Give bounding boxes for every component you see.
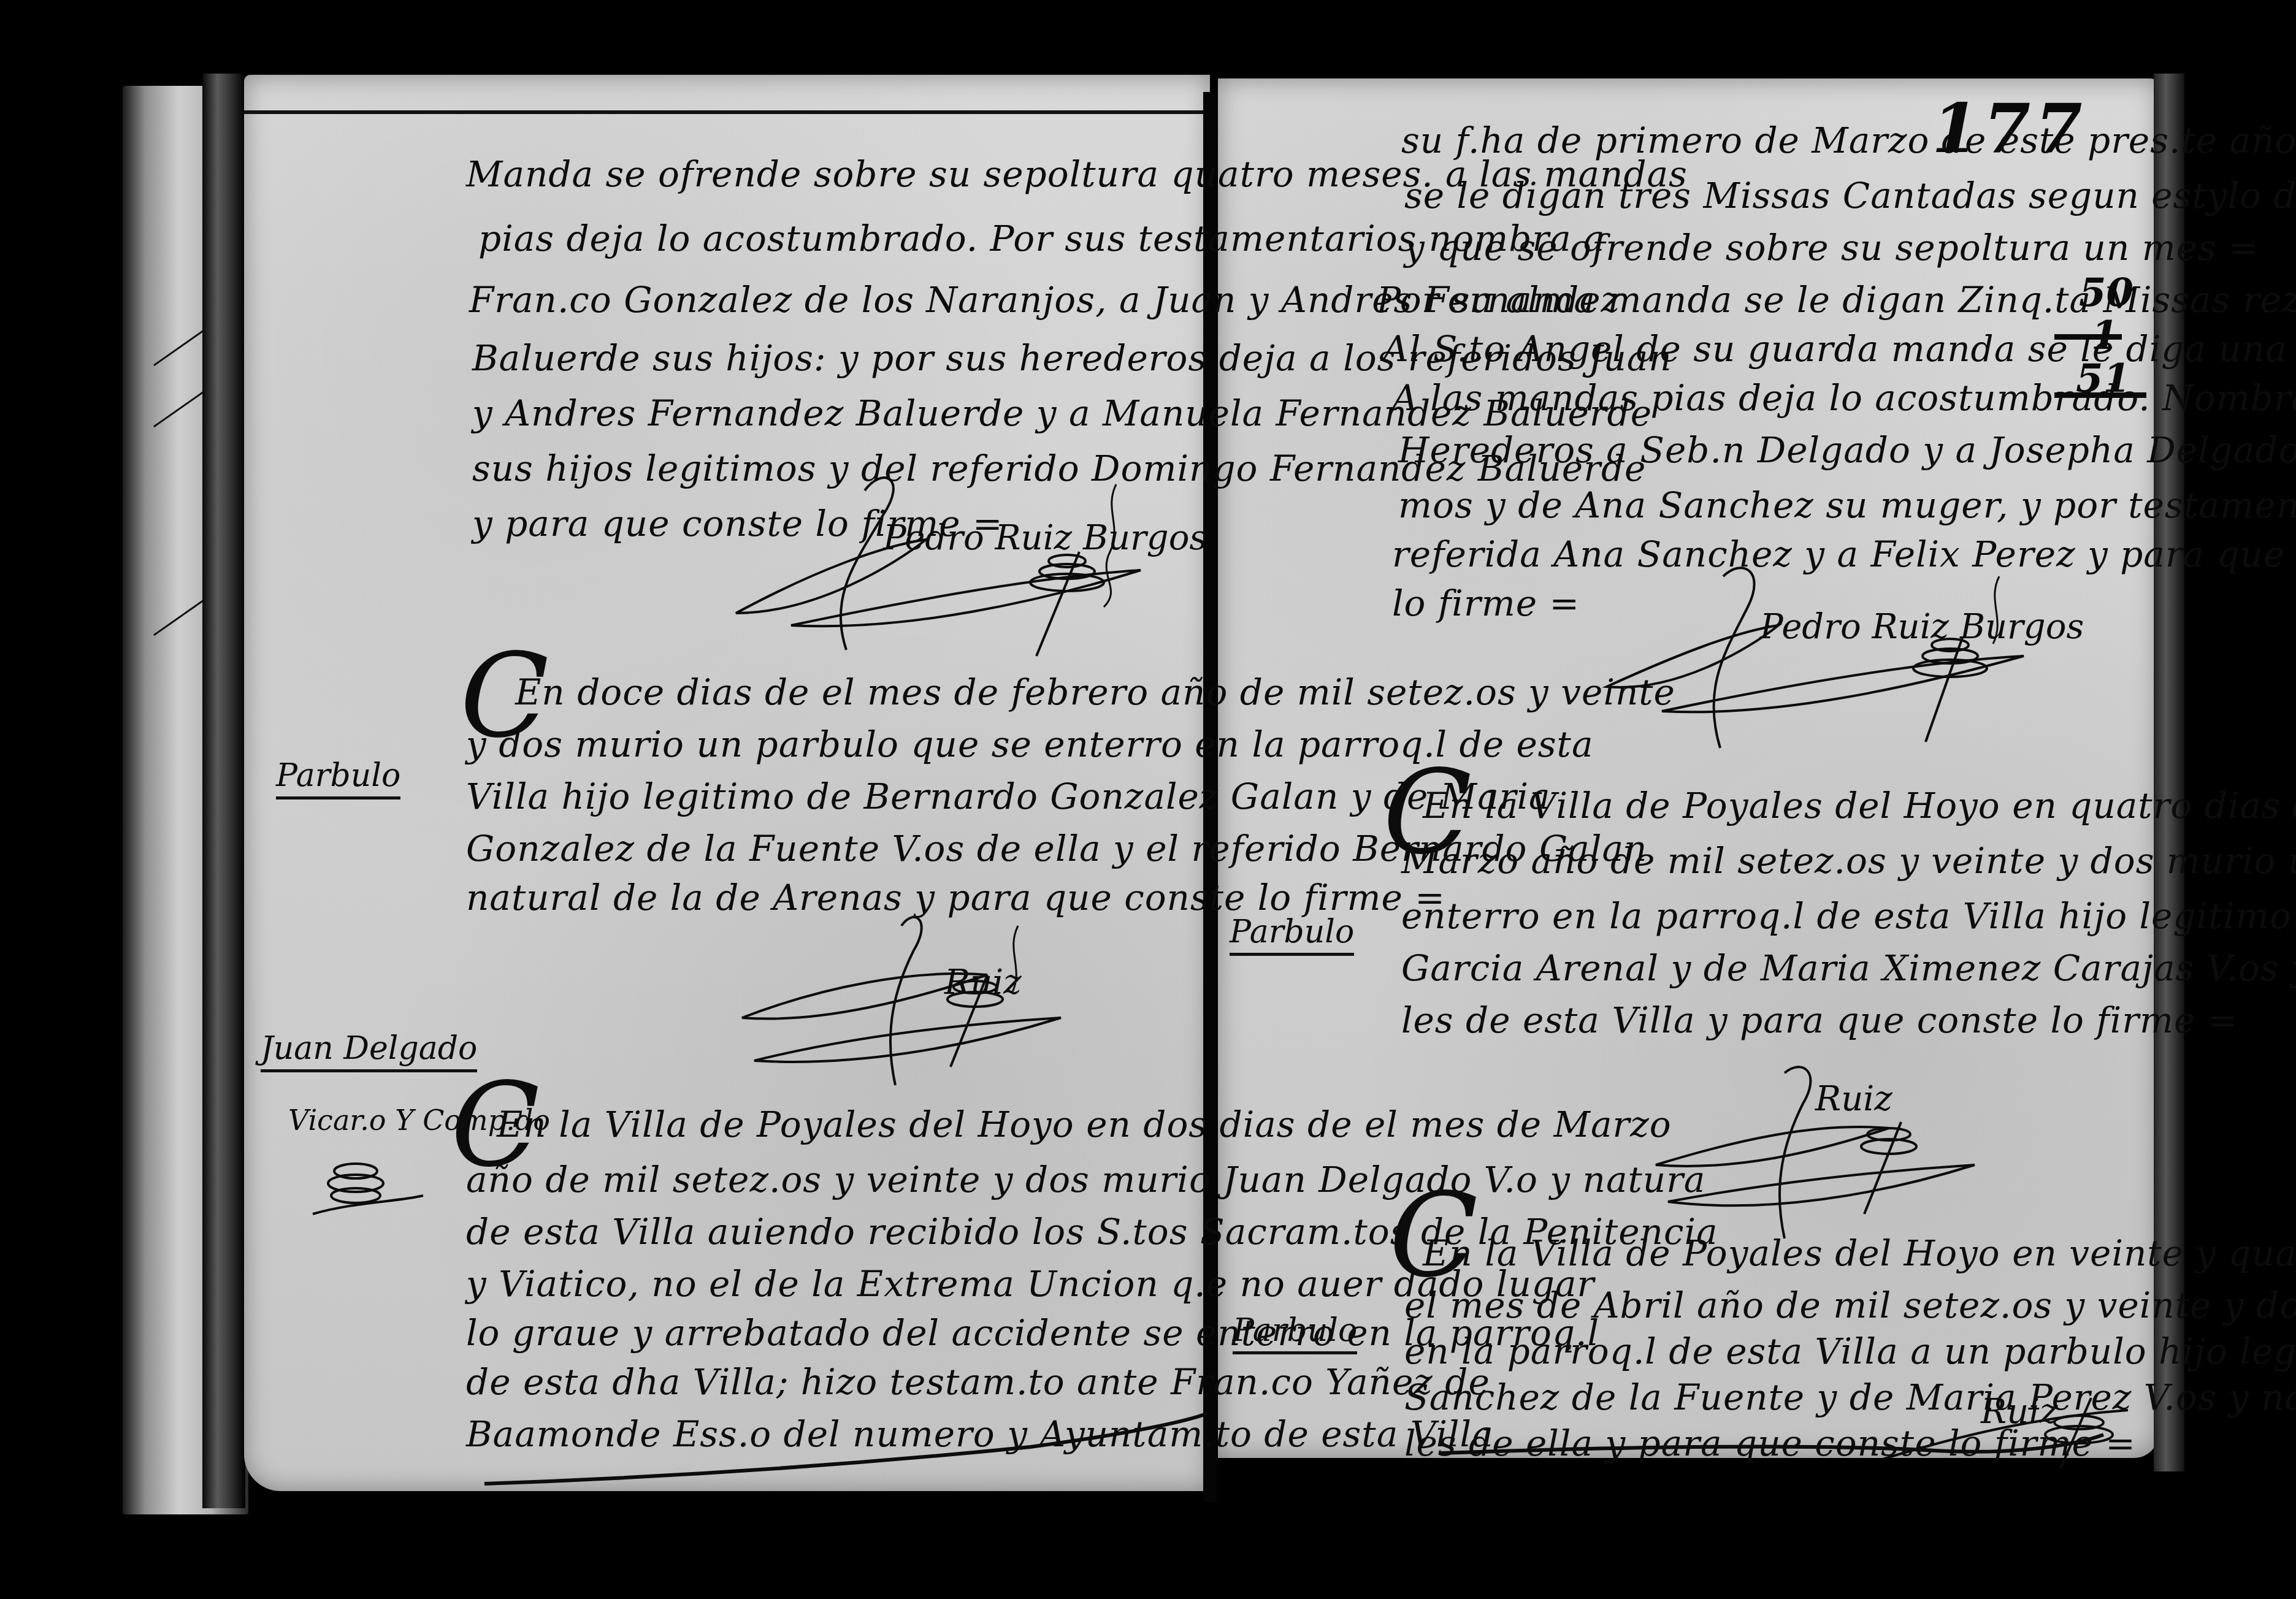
text-line: En la Villa de Poyales del Hoyo en quatr… [1423, 785, 2296, 826]
margin-note-parbulo: Parbulo [276, 757, 400, 799]
text-line: Herederos a Seb.n Delgado y a Josepha De… [1398, 429, 2296, 471]
signature-flourish-icon [730, 907, 1073, 1091]
text-line: en la parroq.l de esta Villa a un parbul… [1404, 1330, 2296, 1372]
text-line: Sanchez de la Fuente y de Maria Perez V.… [1404, 1376, 2296, 1418]
signature-flourish-icon [1644, 1061, 1987, 1245]
text-line: y que se ofrende sobre su sepoltura un m… [1404, 227, 2259, 269]
book-spine [202, 74, 245, 1508]
text-line: les de esta Villa y para que conste lo f… [1401, 999, 2238, 1041]
margin-note-juan-delgado: Juan Delgado [261, 1030, 477, 1072]
closing-rule-line [1435, 1422, 2110, 1471]
text-line: En la Villa de Poyales del Hoyo en dos d… [497, 1104, 1672, 1145]
text-line: Por su alma manda se le digan Zinq.ta Mi… [1377, 279, 2296, 321]
text-line: En la Villa de Poyales del Hoyo en veint… [1423, 1232, 2296, 1274]
text-line: se le digan tres Missas Cantadas segun e… [1404, 175, 2296, 216]
text-line: En doce dias de el mes de febrero año de… [515, 671, 1675, 713]
text-line: lo firme = [1392, 582, 1580, 624]
text-line: enterro en la parroq.l de esta Villa hij… [1401, 895, 2296, 937]
text-line: A las mandas pias deja lo acostumbrado. … [1392, 377, 2296, 419]
text-line: de esta dha Villa; hizo testam.to ante F… [466, 1361, 1490, 1403]
margin-note-parbulo: Parbulo [1233, 1312, 1357, 1354]
text-line: Marzo año de mil setez.os y veinte y dos… [1401, 840, 2296, 882]
text-line: Al S.to Angel de su guarda manda se le d… [1383, 328, 2296, 370]
text-line: el mes de Abril año de mil setez.os y ve… [1404, 1284, 2296, 1326]
text-line: su f.ha de primero de Marzo de este pres… [1401, 120, 2296, 161]
margin-rubric-icon [307, 1134, 429, 1226]
signature-flourish-icon [1594, 564, 2036, 760]
tally-rule [2054, 392, 2146, 398]
tally-item: 50 [2079, 270, 2133, 316]
text-line: mos y de Ana Sanchez su muger, y por tes… [1398, 484, 2296, 526]
left-page-top-edge [244, 110, 1207, 114]
margin-note-parbulo: Parbulo [1230, 914, 1354, 956]
signature-flourish-icon [724, 460, 1165, 662]
closing-rule-line [478, 1410, 1214, 1502]
text-line: Garcia Arenal y de Maria Ximenez Carajas… [1401, 947, 2296, 989]
tally-rule [2054, 334, 2122, 340]
text-line: año de mil setez.os y veinte y dos murio… [466, 1159, 1705, 1200]
